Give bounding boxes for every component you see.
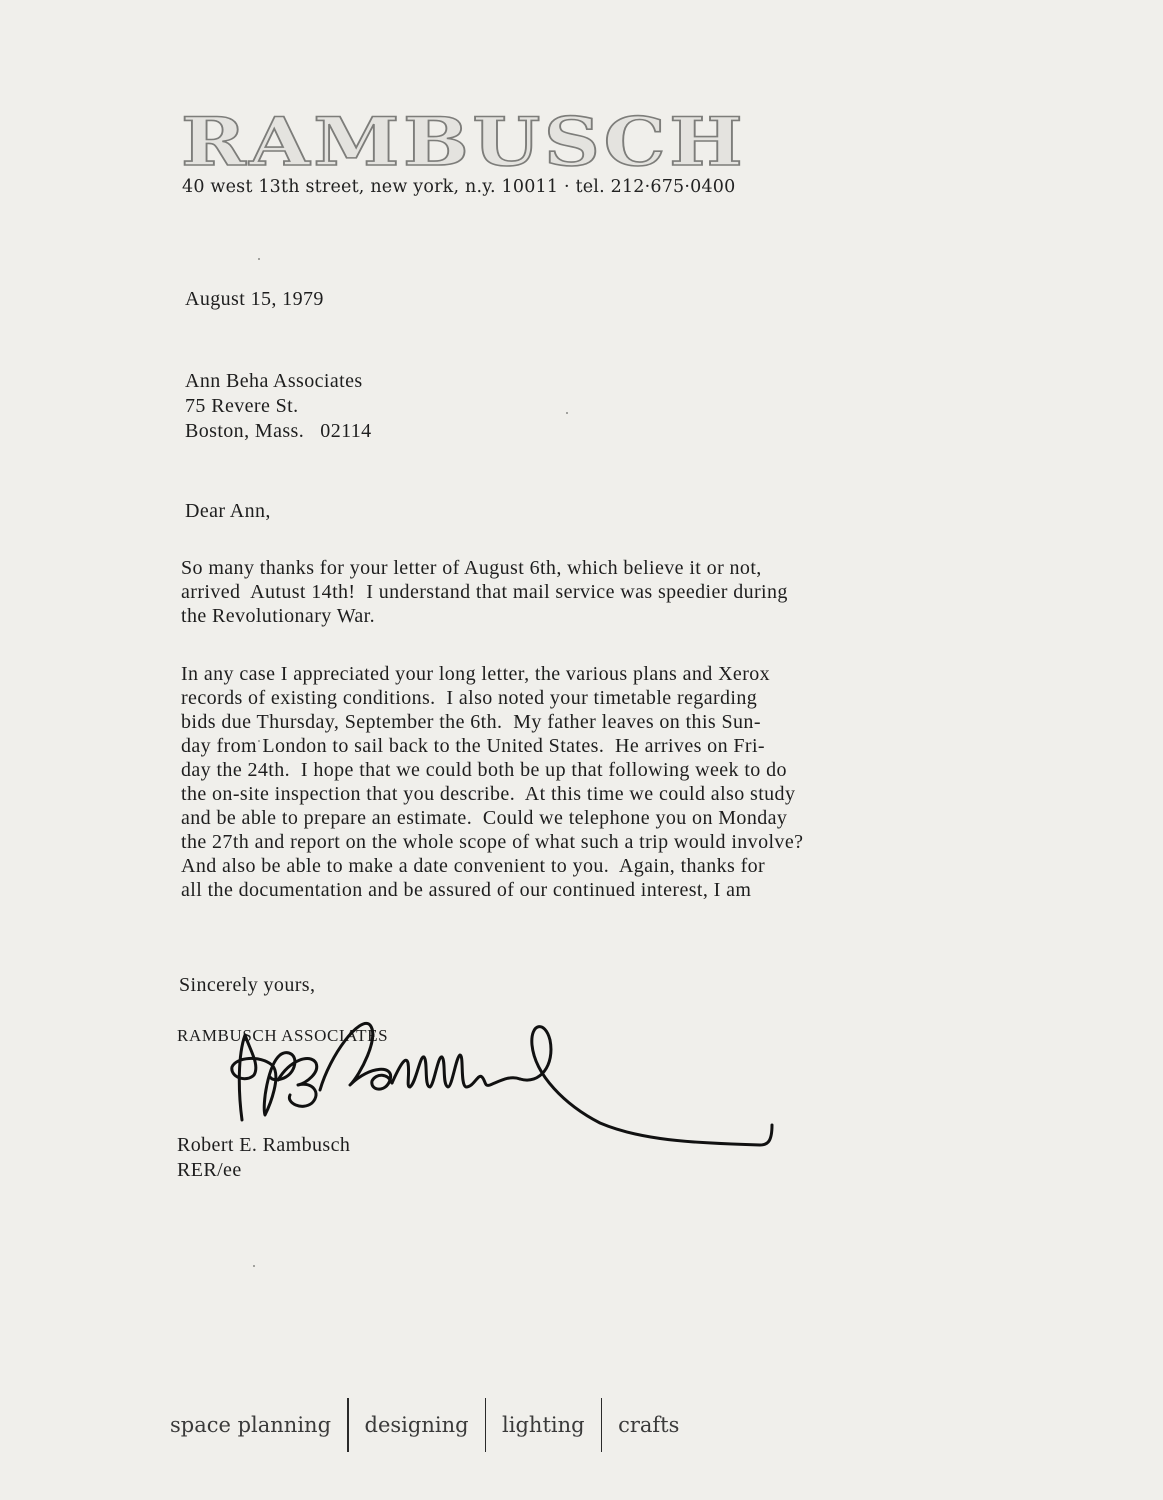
body-line: records of existing conditions. I also n…	[181, 686, 803, 710]
closing: Sincerely yours,	[179, 974, 315, 997]
footer-divider	[347, 1398, 349, 1452]
body-line: the on-site inspection that you describe…	[181, 782, 803, 806]
recipient-city: Boston, Mass. 02114	[185, 419, 372, 444]
body-paragraph-1: So many thanks for your letter of August…	[181, 556, 788, 628]
recipient-name: Ann Beha Associates	[185, 369, 372, 394]
body-line: day the 24th. I hope that we could both …	[181, 758, 803, 782]
body-line: arrived Autust 14th! I understand that m…	[181, 580, 788, 604]
body-line: So many thanks for your letter of August…	[181, 556, 788, 580]
footer-service-space-planning: space planning	[170, 1413, 331, 1437]
paper-speck	[258, 258, 260, 260]
body-line: the 27th and report on the whole scope o…	[181, 830, 803, 854]
footer-service-lighting: lighting	[502, 1413, 585, 1437]
footer-service-crafts: crafts	[618, 1413, 679, 1437]
reference-initials: RER/ee	[177, 1158, 350, 1183]
handwritten-signature	[220, 995, 790, 1155]
recipient-address-block: Ann Beha Associates 75 Revere St. Boston…	[185, 369, 372, 444]
company-logo: RAMBUSCH	[181, 112, 913, 172]
body-line: bids due Thursday, September the 6th. My…	[181, 710, 803, 734]
paper-speck	[253, 1265, 255, 1267]
footer-service-designing: designing	[365, 1413, 469, 1437]
body-line: day from London to sail back to the Unit…	[181, 734, 803, 758]
body-line: and be able to prepare an estimate. Coul…	[181, 806, 803, 830]
letter-date: August 15, 1979	[185, 288, 324, 311]
body-line: And also be able to make a date convenie…	[181, 854, 803, 878]
letterhead-footer: space planning designing lighting crafts	[170, 1398, 679, 1452]
body-line: In any case I appreciated your long lett…	[181, 662, 803, 686]
body-line: the Revolutionary War.	[181, 604, 788, 628]
letter-page: RAMBUSCH 40 west 13th street, new york, …	[0, 0, 1163, 1500]
recipient-street: 75 Revere St.	[185, 394, 372, 419]
footer-divider	[485, 1398, 487, 1452]
footer-divider	[601, 1398, 603, 1452]
signer-block: Robert E. Rambusch RER/ee	[177, 1133, 350, 1183]
body-line: all the documentation and be assured of …	[181, 878, 803, 902]
paper-speck	[258, 740, 260, 742]
paper-speck	[566, 412, 568, 414]
letterhead-address: 40 west 13th street, new york, n.y. 1001…	[182, 177, 735, 197]
salutation: Dear Ann,	[185, 500, 271, 523]
signer-name: Robert E. Rambusch	[177, 1133, 350, 1158]
body-paragraph-2: In any case I appreciated your long lett…	[181, 662, 803, 902]
